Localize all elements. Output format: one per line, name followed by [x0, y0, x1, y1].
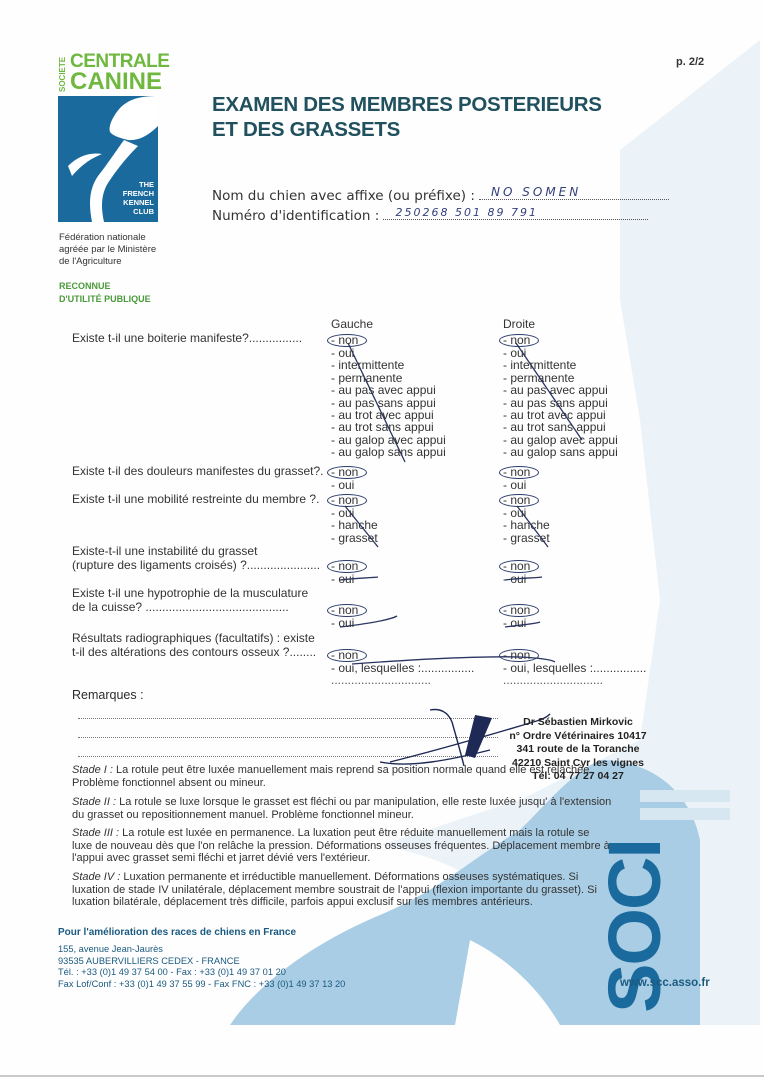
- address-line: Tél. : +33 (0)1 49 37 54 00 - Fax : +33 …: [58, 967, 345, 979]
- stade-1: Stade I : La rotule peut être luxée manu…: [72, 764, 612, 789]
- stade-label: Stade IV :: [72, 871, 120, 883]
- stade-text: Luxation permanente et irréductible manu…: [72, 871, 597, 908]
- stamp-line: n° Ordre Vétérinaires 10417: [498, 730, 658, 744]
- stade-label: Stade I :: [72, 764, 113, 776]
- stade-4: Stade IV : Luxation permanente et irrédu…: [72, 871, 612, 909]
- footer-title: Pour l'amélioration des races de chiens …: [58, 927, 296, 938]
- stamp-line: 341 route de la Toranche: [498, 743, 658, 757]
- stade-text: La rotule est luxée en permanence. La lu…: [72, 827, 610, 864]
- stade-label: Stade III :: [72, 827, 119, 839]
- address-line: Fax Lof/Conf : +33 (0)1 49 37 55 99 - Fa…: [58, 979, 345, 991]
- stamp-line: Dr Sébastien Mirkovic: [498, 716, 658, 730]
- website-link[interactable]: www.scc.asso.fr: [620, 977, 710, 989]
- stade-2: Stade II : La rotule se luxe lorsque le …: [72, 796, 612, 821]
- address-line: 93535 AUBERVILLIERS CEDEX - FRANCE: [58, 956, 345, 968]
- remarks-label: Remarques :: [72, 688, 144, 702]
- stade-text: La rotule peut être luxée manuellement m…: [72, 764, 592, 789]
- stade-3: Stade III : La rotule est luxée en perma…: [72, 827, 612, 865]
- address-line: 155, avenue Jean-Jaurès: [58, 944, 345, 956]
- footer-address: 155, avenue Jean-Jaurès 93535 AUBERVILLI…: [58, 944, 345, 990]
- stade-text: La rotule se luxe lorsque le grasset est…: [72, 796, 611, 821]
- stade-label: Stade II :: [72, 796, 116, 808]
